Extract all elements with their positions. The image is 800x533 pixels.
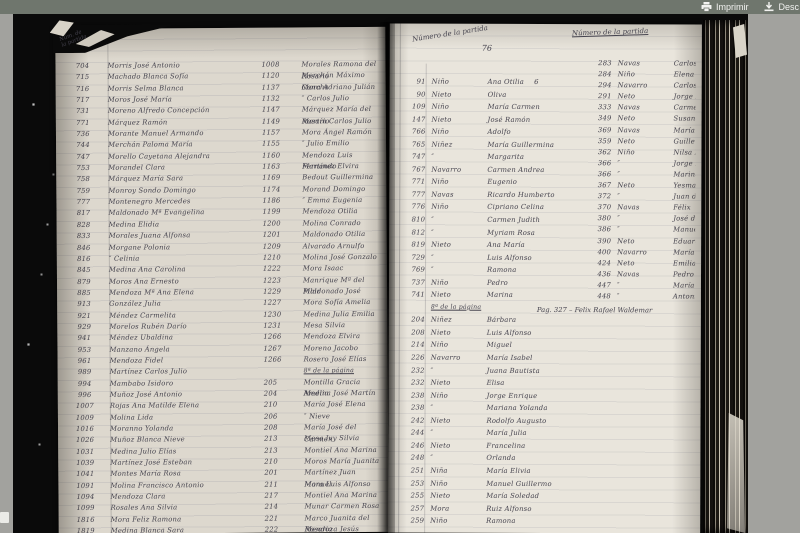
- cell-forename: Emilia: [669, 258, 696, 269]
- cell-n1: 1099: [67, 503, 105, 515]
- cell-n2: 1267: [261, 343, 303, 355]
- cell-forename: Jorge Enrique: [483, 389, 538, 402]
- cell-surname: ″: [431, 364, 483, 377]
- cell-forename: Carmen Andrea: [483, 164, 544, 177]
- cell-n: 226: [401, 352, 431, 365]
- cell-x: [516, 515, 526, 528]
- cell-n1: 753: [64, 163, 102, 175]
- cell-n: 741: [401, 289, 431, 302]
- cell-n2: 1155: [260, 139, 302, 151]
- ledger-row: 214NiñoMiguel: [401, 339, 585, 352]
- cell-name2: Morales Ramona del Rosario: [301, 59, 381, 71]
- cell-n1: 1016: [66, 424, 104, 436]
- cell-n2: 1186: [260, 196, 302, 208]
- cell-x: [508, 277, 518, 290]
- ledger-row: 448″Antonio José: [587, 291, 695, 302]
- cell-n2: 1169: [260, 173, 302, 185]
- cell-n: 248: [400, 452, 430, 465]
- cell-name2: ″ Nieve: [304, 411, 384, 423]
- cell-n: 147: [402, 113, 432, 126]
- cell-surname: Niño: [431, 276, 483, 289]
- cell-n2: 211: [262, 479, 304, 491]
- cell-name2: Martínez Juan Manuel: [304, 467, 384, 479]
- cell-surname: Nieto: [431, 377, 483, 390]
- cell-surname: ″: [431, 151, 483, 164]
- ledger-row: 366″Jorge Enrique: [587, 158, 695, 169]
- cell-n2: [262, 366, 304, 378]
- cell-n1: 771: [64, 118, 102, 130]
- cell-n1: 913: [65, 299, 103, 311]
- cell-forename: Yesmalena: [669, 180, 695, 191]
- cell-surname: Niño: [431, 176, 483, 189]
- ledger-row: 819NietoAna María: [401, 239, 585, 252]
- cell-n1: 845: [65, 265, 103, 277]
- cell-x: [504, 377, 514, 390]
- cell-forename: Eduardo: [669, 236, 696, 247]
- cell-n2: 1229: [261, 286, 303, 298]
- cell-surname: ″: [617, 291, 669, 302]
- ledger-row: 238″Mariana Yolanda: [401, 402, 585, 415]
- cell-name2: Montilla Gracia Amelia: [304, 376, 384, 388]
- ledger-row: 291NetoJorge Florentino: [588, 91, 696, 102]
- cell-n: 349: [588, 114, 618, 125]
- cell-name2: Moros María Juanita: [304, 456, 384, 468]
- ledger-row: 767NavarroCarmen Andrea: [401, 163, 585, 176]
- print-button-label: Imprimir: [716, 2, 749, 12]
- ledger-row: 370NavasFélix: [587, 202, 695, 213]
- cell-forename: Antonio José: [669, 291, 696, 302]
- cell-x: [546, 415, 556, 428]
- scan-noise: [13, 14, 14, 15]
- cell-name2: Molina José Gonzalo: [303, 252, 383, 264]
- cell-n2: 213: [262, 445, 304, 457]
- cell-surname: Nieto: [430, 414, 482, 427]
- cell-n1: 1039: [66, 458, 104, 470]
- cell-n1: 758: [64, 174, 102, 186]
- cell-n: 372: [587, 191, 617, 202]
- cell-name2: Marco Juanita del Rosario: [305, 513, 385, 525]
- cell-x: [516, 452, 526, 465]
- cell-forename: Cipriano Celina: [483, 201, 544, 214]
- cell-n1: 715: [64, 72, 102, 84]
- ledger-row: 810″Carmen Judith: [401, 214, 585, 227]
- cell-name2: Mendoza Elvira: [303, 331, 383, 343]
- cell-forename: Luis Alfonso: [483, 251, 532, 264]
- cell-n1: 747: [64, 152, 102, 164]
- ledger-row: 257MoraRuiz Alfonso: [400, 502, 584, 515]
- cell-name2: Maldonado Otilia: [303, 229, 383, 241]
- cell-name2: ″ Emma Eugenia: [302, 195, 382, 207]
- cell-n1: 1816: [67, 515, 105, 527]
- cell-n2: 1008: [259, 59, 301, 71]
- cell-surname: ″: [617, 191, 669, 202]
- cell-n1: 817: [64, 208, 102, 220]
- cell-n2: 1222: [261, 264, 303, 276]
- cell-forename: Rodolfo Augusto: [482, 415, 546, 428]
- cell-name2: Martín Carlos Julio: [302, 116, 382, 128]
- cell-n1: 717: [64, 95, 102, 107]
- cell-surname: Navas: [618, 58, 670, 69]
- cell-n: 386: [587, 225, 617, 236]
- cell-forename: Marina: [669, 169, 695, 180]
- cell-n2: 1266: [262, 354, 304, 366]
- cell-n: [401, 301, 431, 314]
- cell-x: [539, 490, 549, 503]
- cell-x: [512, 339, 522, 352]
- cell-n2: 205: [262, 377, 304, 389]
- cell-n2: 1132: [260, 93, 302, 105]
- cell-n1: 1819: [67, 526, 105, 533]
- cell-n: 812: [401, 226, 431, 239]
- cell-surname: Neto: [617, 136, 669, 147]
- cell-n2: 214: [263, 502, 305, 514]
- cell-x: [540, 214, 550, 227]
- cell-forename: María Elivia: [482, 465, 530, 478]
- cell-n2: 1223: [261, 275, 303, 287]
- cell-forename: Ruiz Alfonso: [482, 502, 532, 515]
- cell-n1: 885: [65, 288, 103, 300]
- ledger-row: 259NiñoRamona: [400, 515, 584, 528]
- cell-surname: ″: [430, 452, 482, 465]
- ledger-row: 362NiñoNilsa Elina: [587, 147, 695, 158]
- cell-n1: 816: [65, 254, 103, 266]
- cell-n2: 1137: [260, 82, 302, 94]
- cell-x: [691, 203, 696, 214]
- cell-surname: ″: [617, 169, 669, 180]
- ledger-row: 242NietoRodolfo Augusto: [400, 414, 584, 427]
- cell-surname: ″: [431, 402, 483, 415]
- cell-name2: Mesa Silvia: [303, 320, 383, 332]
- cell-surname: ″: [617, 280, 669, 291]
- cell-n: 333: [588, 103, 618, 114]
- cell-n: 810: [401, 214, 431, 227]
- ledger-row: 147NietoJosé Ramón: [402, 113, 586, 126]
- cell-x: [530, 114, 540, 127]
- cell-forename: María Guillermina: [483, 139, 554, 152]
- cell-n1: 961: [66, 356, 104, 368]
- cell-surname: Niño: [430, 515, 482, 528]
- cell-surname: Niño: [431, 339, 483, 352]
- download-button-label: Desc: [778, 2, 799, 12]
- cell-forename: Orlanda: [482, 452, 515, 465]
- cell-surname: ″: [431, 264, 483, 277]
- ledger-row: 333NavasCarmen Elena: [588, 103, 696, 114]
- ledger-row: 359NetoGuillermina: [587, 136, 695, 147]
- ledger-row: 747″Margarita: [401, 151, 585, 164]
- cell-surname: Neto: [617, 236, 669, 247]
- cell-x: [532, 252, 542, 265]
- cell-forename: José Ramón: [484, 113, 531, 126]
- cell-n1: 759: [64, 186, 102, 198]
- ledger-row: 283NavasCarlos Arturo: [588, 58, 696, 69]
- cell-n: 232: [401, 377, 431, 390]
- cell-n2: 208: [262, 422, 304, 434]
- cell-n2: 1231: [261, 320, 303, 332]
- cell-surname: Nieto: [430, 490, 482, 503]
- cell-n2: 1201: [261, 230, 303, 242]
- cell-n: 238: [401, 389, 431, 402]
- cell-forename: Carmen Judith: [483, 214, 540, 227]
- cell-n1: 929: [65, 322, 103, 334]
- cell-surname: Neto: [617, 258, 669, 269]
- cell-n: 777: [401, 188, 431, 201]
- cell-x: [544, 164, 554, 177]
- cell-n: 729: [401, 251, 431, 264]
- cell-n2: 204: [262, 388, 304, 400]
- cell-forename: Luis Alfonso: [483, 327, 532, 340]
- cell-name2: Medina José Martín: [304, 388, 384, 400]
- cell-surname: Neto: [618, 114, 670, 125]
- cell-surname: Niño: [432, 101, 484, 114]
- cell-n2: 1163: [260, 162, 302, 174]
- cell-n: 370: [587, 202, 617, 213]
- ledger-row: 400NavarroMaría Luisa: [587, 247, 695, 258]
- book-page-edges: [703, 20, 748, 533]
- cell-n2: 1266: [261, 332, 303, 344]
- ledger-left-page: Núm. de la partida 704Morris José Antoni…: [55, 27, 389, 533]
- cell-forename: Elisa: [483, 377, 505, 390]
- cell-name2: Mora Adriano Julián: [302, 82, 382, 94]
- ledger-row: 367NetoYesmalena: [587, 180, 695, 191]
- cell-surname: Nieto: [432, 113, 484, 126]
- cell-name2: Bedout Guillermina: [302, 172, 382, 184]
- cell-n1: 996: [66, 390, 104, 402]
- cell-n: 90: [402, 88, 432, 101]
- book-gutter: [377, 22, 395, 533]
- cell-n: 246: [400, 439, 430, 452]
- cell-n1: 777: [64, 197, 102, 209]
- cell-forename: Eugenio: [483, 176, 517, 189]
- cell-surname: Navas: [618, 103, 670, 114]
- cell-name2: Alvarado Arnulfo: [303, 240, 383, 252]
- cell-forename: Juana Bautista: [483, 364, 540, 377]
- cell-name2: 8ª de la página: [304, 365, 384, 377]
- cell-surname: Neto: [618, 92, 670, 103]
- cell-name2: ″ Carlos Julio: [302, 93, 382, 105]
- ledger-right-page: Número de la partida Número de la partid…: [388, 23, 702, 533]
- cell-x: 6: [524, 76, 539, 89]
- cell-n: 257: [400, 502, 430, 515]
- cell-name2: Maldonado José: [303, 286, 383, 298]
- download-button[interactable]: Desc: [764, 2, 799, 12]
- ledger-row: 812″Myriam Rosa: [401, 226, 585, 239]
- cell-surname: Navarro: [617, 247, 669, 258]
- cell-forename: María Julia: [482, 427, 526, 440]
- toolbar: Imprimir Desc: [0, 0, 800, 14]
- ledger-row: 369NavasMaría Victoria: [587, 125, 695, 136]
- cell-surname: Nieto: [430, 439, 482, 452]
- cell-n2: 1230: [261, 309, 303, 321]
- cell-n2: 1120: [260, 71, 302, 83]
- cell-n: 448: [587, 291, 617, 302]
- cell-n2: 201: [262, 468, 304, 480]
- cell-n2: 1209: [261, 241, 303, 253]
- cell-surname: ″: [431, 214, 483, 227]
- cell-forename: Pedro: [483, 277, 508, 290]
- cell-x: [540, 101, 550, 114]
- cell-x: [511, 126, 521, 139]
- cell-forename: María de Jesús: [669, 280, 696, 291]
- cell-n: 765: [401, 138, 431, 151]
- cell-n: 400: [587, 247, 617, 258]
- cell-forename: Marina: [483, 289, 513, 302]
- cell-name2: Montiel Ana Marina: [304, 445, 384, 457]
- cell-forename: Ramona: [482, 515, 516, 528]
- cell-n: 255: [400, 490, 430, 503]
- cell-surname: Navarro: [431, 352, 483, 365]
- ledger-row: 390NetoEduardo: [587, 236, 695, 247]
- cell-n: 367: [587, 180, 617, 191]
- cell-n: 242: [400, 414, 430, 427]
- stray-mark: 76: [482, 44, 492, 53]
- cell-n: 436: [587, 269, 617, 280]
- cell-name2: Mendoza Luis Fernando: [302, 150, 382, 162]
- cell-forename: Francelina: [482, 440, 525, 453]
- cell-surname: Nieto: [431, 239, 483, 252]
- ledger-row: 372″Juan de Jesús: [587, 191, 695, 202]
- cell-surname: Navas: [431, 189, 483, 202]
- ledger-row: 1819Medina Blanca Sara222Mendoza Jesús F…: [67, 524, 385, 533]
- cell-n1: 704: [63, 61, 101, 73]
- ledger-row: 238NiñoJorge Enrique: [401, 389, 585, 402]
- cell-x: [487, 302, 497, 315]
- cell-n2: 213: [262, 434, 304, 446]
- cell-forename: Carlos Arturo: [670, 58, 696, 69]
- cell-n: 109: [402, 101, 432, 114]
- cell-forename: María Victoria: [669, 125, 695, 136]
- cell-n1: 1041: [66, 469, 104, 481]
- cell-x: [540, 365, 550, 378]
- cell-n1: 731: [64, 106, 102, 118]
- cell-surname: Niño: [617, 147, 669, 158]
- ledger-row: 284NiñoElena María: [588, 69, 696, 80]
- print-button[interactable]: Imprimir: [701, 2, 749, 12]
- cell-surname: ″: [617, 158, 669, 169]
- cell-forename: María Soledad: [482, 490, 539, 503]
- cell-name2: Manrique Mª del Pilar: [303, 274, 383, 286]
- cell-n2: 221: [263, 513, 305, 525]
- cell-n2: 1157: [260, 128, 302, 140]
- cell-n: 244: [400, 427, 430, 440]
- cell-surname: Niño: [430, 477, 482, 490]
- ledger-row: 729″Luis Alfonso: [401, 251, 585, 264]
- cell-name2: María José del Carmen: [304, 422, 384, 434]
- cell-n1: 1007: [66, 401, 104, 413]
- cell-n2: 1210: [261, 252, 303, 264]
- cell-name2: María José Elena: [304, 399, 384, 411]
- cell-name2: Mora Sofía Amelia: [303, 297, 383, 309]
- cell-x: [535, 227, 545, 240]
- cell-name2: Márquez María del Rosario: [302, 104, 382, 116]
- cell-x: [552, 478, 562, 491]
- cell-n1: 994: [66, 378, 104, 390]
- cell-name2: Rosero José Elías: [304, 354, 384, 366]
- cell-surname: Niño: [618, 69, 670, 80]
- ledger-row: 204NiñezBárbara: [401, 314, 585, 327]
- ledger-row: 90NietoOliva: [402, 88, 586, 101]
- cell-n: 214: [401, 339, 431, 352]
- cell-forename: Guillermina: [669, 136, 695, 147]
- ledger-row: 253NiñoManuel Guillermo: [400, 477, 584, 490]
- cell-name2: Martínez Elvira: [302, 161, 382, 173]
- cell-surname: Nieto: [431, 327, 483, 340]
- cell-n2: 1200: [261, 218, 303, 230]
- cell-n1: 1026: [66, 435, 104, 447]
- cell-n: 447: [587, 280, 617, 291]
- cell-name2: Montiel Ana Marina: [304, 490, 384, 502]
- cell-x: [527, 427, 537, 440]
- cell-n1: 921: [65, 310, 103, 322]
- cell-n: 251: [400, 464, 430, 477]
- cell-n1: 953: [65, 344, 103, 356]
- cell-forename: Margarita: [483, 151, 524, 164]
- cell-surname: Neto: [617, 180, 669, 191]
- cell-n: 208: [401, 326, 431, 339]
- cell-n2: 222: [263, 525, 305, 533]
- cell-forename: María Carmen: [484, 101, 540, 114]
- cell-n: 284: [588, 69, 618, 80]
- ledger-row: 251NiñaMaría Elivia: [400, 464, 584, 477]
- cell-forename: Manuel José: [669, 225, 696, 236]
- cell-surname: Nieto: [432, 88, 484, 101]
- cell-n: 366: [587, 158, 617, 169]
- scanned-register-image[interactable]: Núm. de la partida 704Morris José Antoni…: [13, 14, 748, 533]
- cell-x: [533, 352, 543, 365]
- cell-n1: 833: [65, 231, 103, 243]
- ledger-row: 380″José de la Paz: [587, 213, 695, 224]
- cell-n: 283: [588, 58, 618, 69]
- cell-x: [524, 151, 534, 164]
- cell-n: 769: [401, 264, 431, 277]
- ledger-row: 424NetoEmilia: [587, 258, 695, 269]
- cell-n: 776: [401, 201, 431, 214]
- cell-name2: Munar Carmen Rosa: [305, 501, 385, 513]
- cell-n: 369: [587, 125, 617, 136]
- cell-n: 390: [587, 236, 617, 247]
- cell-forename: Bárbara: [483, 314, 516, 327]
- cell-surname: ″: [430, 427, 482, 440]
- cell-surname: Niñez: [431, 138, 483, 151]
- cell-n: 204: [401, 314, 431, 327]
- cell-n2: 210: [262, 400, 304, 412]
- cell-n2: 1149: [260, 116, 302, 128]
- cell-forename: Jorge Florentino: [670, 92, 696, 103]
- cell-forename: Carlos Raúl: [670, 81, 696, 92]
- cell-x: [531, 465, 541, 478]
- ledger-row: 436NavasPedro Andrés: [587, 269, 695, 280]
- cell-name2: Mesa Ivy Silvia: [304, 433, 384, 445]
- cell-forename: Jorge Enrique: [669, 158, 695, 169]
- cell-n: 747: [401, 151, 431, 164]
- cell-x: [506, 88, 516, 101]
- page-reference-note: Pag. 327 – Felix Rafael Waldemar: [537, 306, 652, 314]
- cell-surname: Navas: [617, 202, 669, 213]
- cell-forename: Carmen Elena: [670, 103, 696, 114]
- ledger-row: 232″Juana Bautista: [401, 364, 585, 377]
- ledger-row: 776NiñoCipriano Celina: [401, 201, 585, 214]
- cell-forename: Félix: [669, 203, 691, 214]
- cell-n1: 828: [65, 220, 103, 232]
- cell-name1: Medina Blanca Sara: [105, 525, 263, 533]
- cell-surname: Niño: [431, 389, 483, 402]
- column-header-right: Número de la partida: [572, 27, 649, 37]
- cell-x: [548, 402, 558, 415]
- cell-x: [525, 239, 535, 252]
- ui-artifact: [0, 512, 9, 523]
- ledger-row: 766NiñoAdolfo: [401, 126, 585, 139]
- cell-n1: 941: [65, 333, 103, 345]
- cell-n: 737: [401, 276, 431, 289]
